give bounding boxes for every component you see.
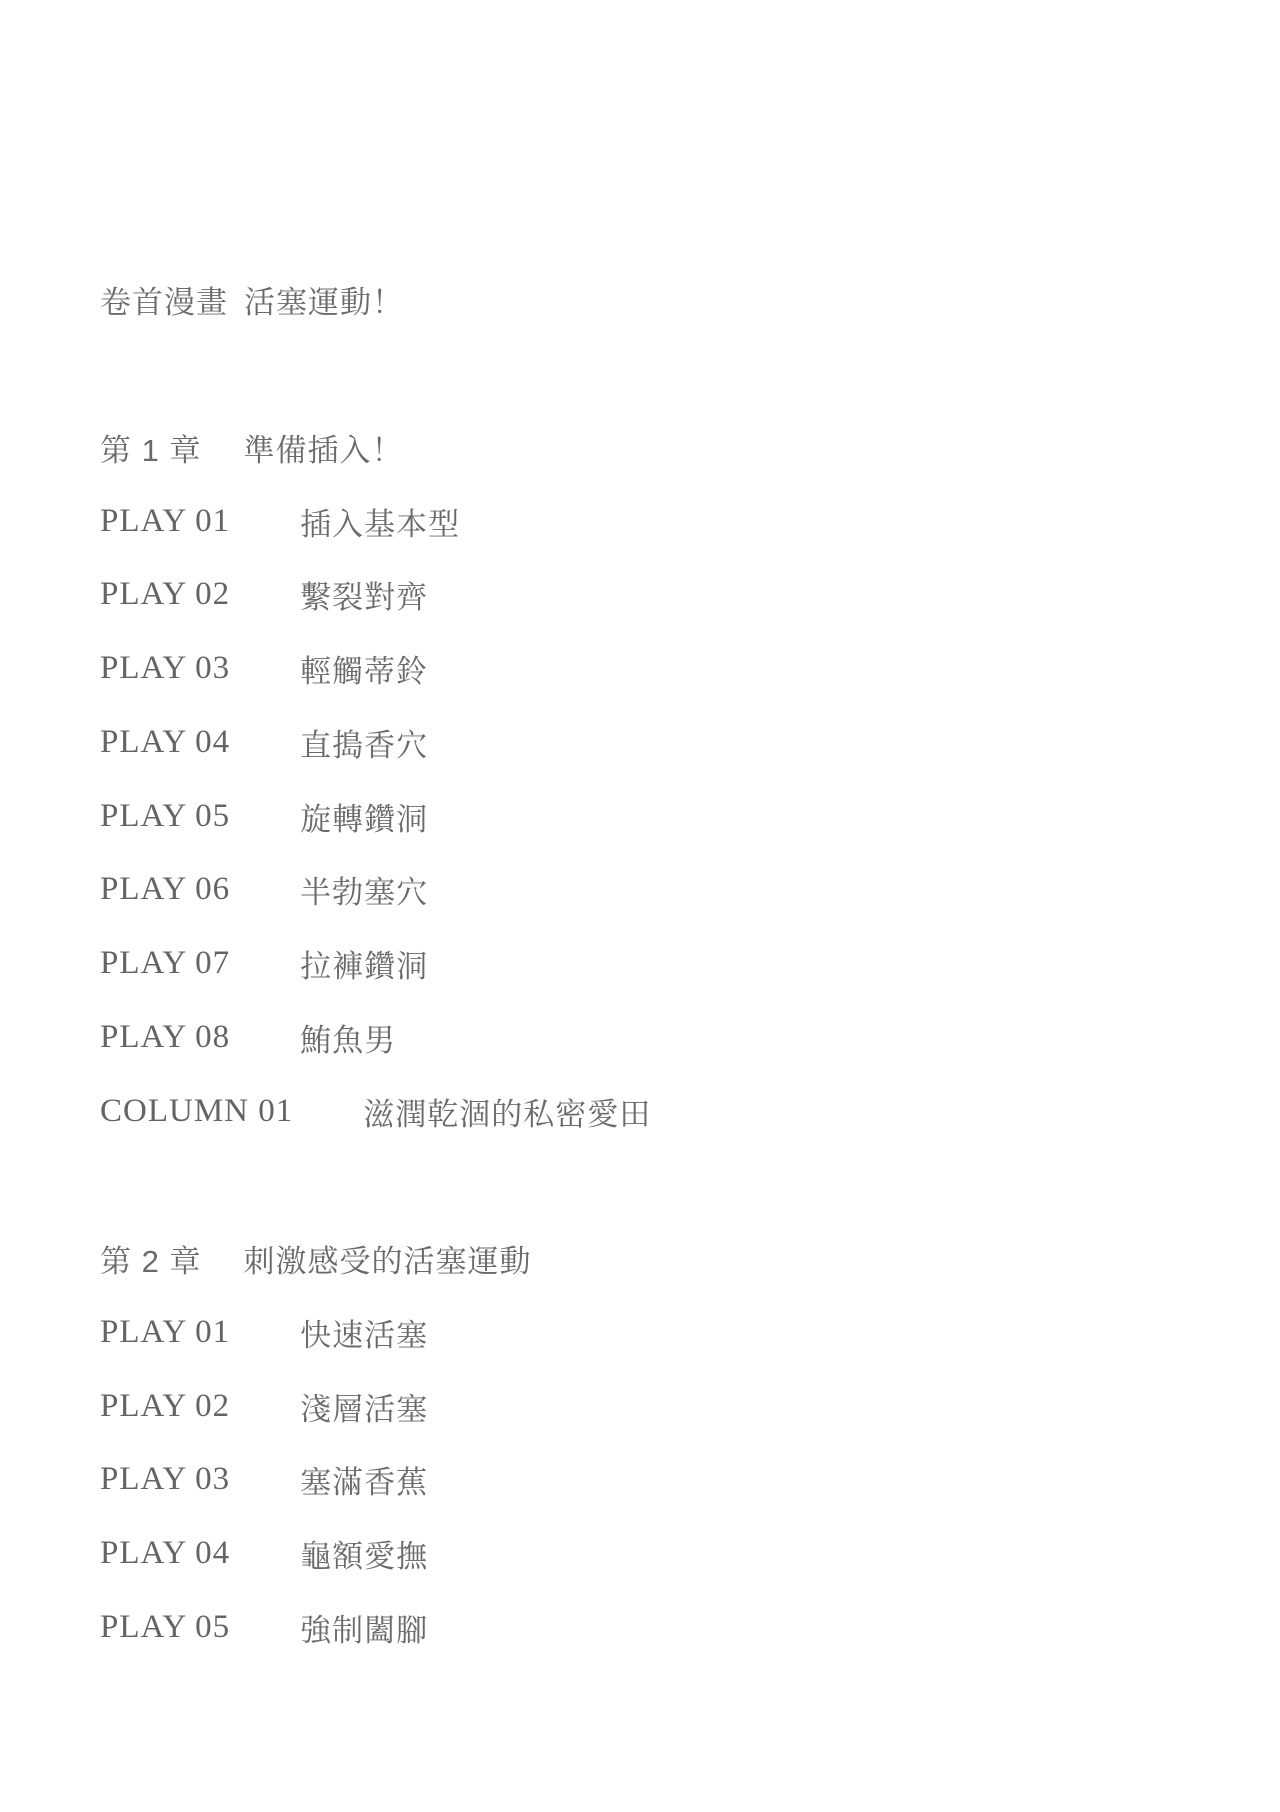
chapter-heading-title: 刺激感受的活塞運動	[243, 1236, 531, 1281]
toc-item-label: PLAY 01	[100, 503, 230, 540]
toc-item-title: 旋轉鑽洞	[300, 794, 428, 839]
spacer-line	[100, 337, 1240, 411]
toc-item-label: PLAY 07	[100, 945, 230, 982]
toc-item-row: PLAY 01 快速活塞	[100, 1296, 1240, 1370]
toc-item-title: 塞滿香蕉	[300, 1457, 428, 1502]
toc-item-label: PLAY 06	[100, 871, 230, 908]
toc-item-label: PLAY 03	[100, 650, 230, 687]
toc-item-row: PLAY 03 塞滿香蕉	[100, 1443, 1240, 1517]
chapter-heading-label: 第 2 章	[100, 1236, 201, 1281]
toc-item-row: PLAY 02 繫裂對齊	[100, 558, 1240, 632]
frontmatter-title: 活塞運動！	[244, 277, 404, 322]
toc-page: 卷首漫畫 活塞運動！ 第 1 章 準備插入！ PLAY 01 插入基本型 PLA…	[0, 0, 1280, 1812]
toc-item-row: PLAY 06 半勃塞穴	[100, 853, 1240, 927]
toc-item-label: PLAY 03	[100, 1461, 230, 1498]
toc-item-row: PLAY 07 拉褲鑽洞	[100, 927, 1240, 1001]
toc-item-title: 龜額愛撫	[300, 1531, 428, 1576]
chapter-heading-label: 第 1 章	[100, 425, 201, 470]
frontmatter-label: 卷首漫畫	[100, 277, 228, 322]
toc-item-row: PLAY 08 鮪魚男	[100, 1001, 1240, 1075]
chapter-1-heading: 第 1 章 準備插入！	[100, 411, 1240, 485]
toc-item-row: PLAY 05 強制闔腳	[100, 1591, 1240, 1665]
toc-item-title: 繫裂對齊	[300, 572, 428, 617]
chapter-heading-title: 準備插入！	[243, 425, 403, 470]
toc-item-title: 插入基本型	[300, 499, 460, 544]
toc-item-label: PLAY 02	[100, 576, 230, 613]
frontmatter-line: 卷首漫畫 活塞運動！	[100, 263, 1240, 337]
toc-item-row: PLAY 03 輕觸蒂鈴	[100, 632, 1240, 706]
toc-item-title: 輕觸蒂鈴	[300, 646, 428, 691]
toc-item-label: PLAY 04	[100, 724, 230, 761]
chapter-2-heading: 第 2 章 刺激感受的活塞運動	[100, 1222, 1240, 1296]
toc-item-title: 鮪魚男	[300, 1015, 396, 1060]
toc-item-label: PLAY 01	[100, 1314, 230, 1351]
toc-item-row: PLAY 04 龜額愛撫	[100, 1517, 1240, 1591]
toc-item-row: PLAY 02 淺層活塞	[100, 1369, 1240, 1443]
toc-item-title: 強制闔腳	[300, 1605, 428, 1650]
toc-item-label: PLAY 02	[100, 1388, 230, 1425]
toc-item-label: PLAY 04	[100, 1535, 230, 1572]
toc-item-row: PLAY 04 直搗香穴	[100, 706, 1240, 780]
toc-item-title: 滋潤乾涸的私密愛田	[363, 1089, 651, 1134]
toc-item-label: PLAY 08	[100, 1019, 230, 1056]
toc-item-title: 半勃塞穴	[300, 867, 428, 912]
toc-item-title: 拉褲鑽洞	[300, 941, 428, 986]
toc-item-row: COLUMN 01 滋潤乾涸的私密愛田	[100, 1074, 1240, 1148]
spacer-line	[100, 1148, 1240, 1222]
toc-item-row: PLAY 01 插入基本型	[100, 484, 1240, 558]
toc-item-title: 快速活塞	[300, 1310, 428, 1355]
toc-item-label: COLUMN 01	[100, 1093, 293, 1130]
toc-item-label: PLAY 05	[100, 1609, 230, 1646]
toc-item-title: 直搗香穴	[300, 720, 428, 765]
toc-item-label: PLAY 05	[100, 798, 230, 835]
toc-content: 卷首漫畫 活塞運動！ 第 1 章 準備插入！ PLAY 01 插入基本型 PLA…	[100, 263, 1240, 1664]
toc-item-row: PLAY 05 旋轉鑽洞	[100, 779, 1240, 853]
toc-item-title: 淺層活塞	[300, 1384, 428, 1429]
